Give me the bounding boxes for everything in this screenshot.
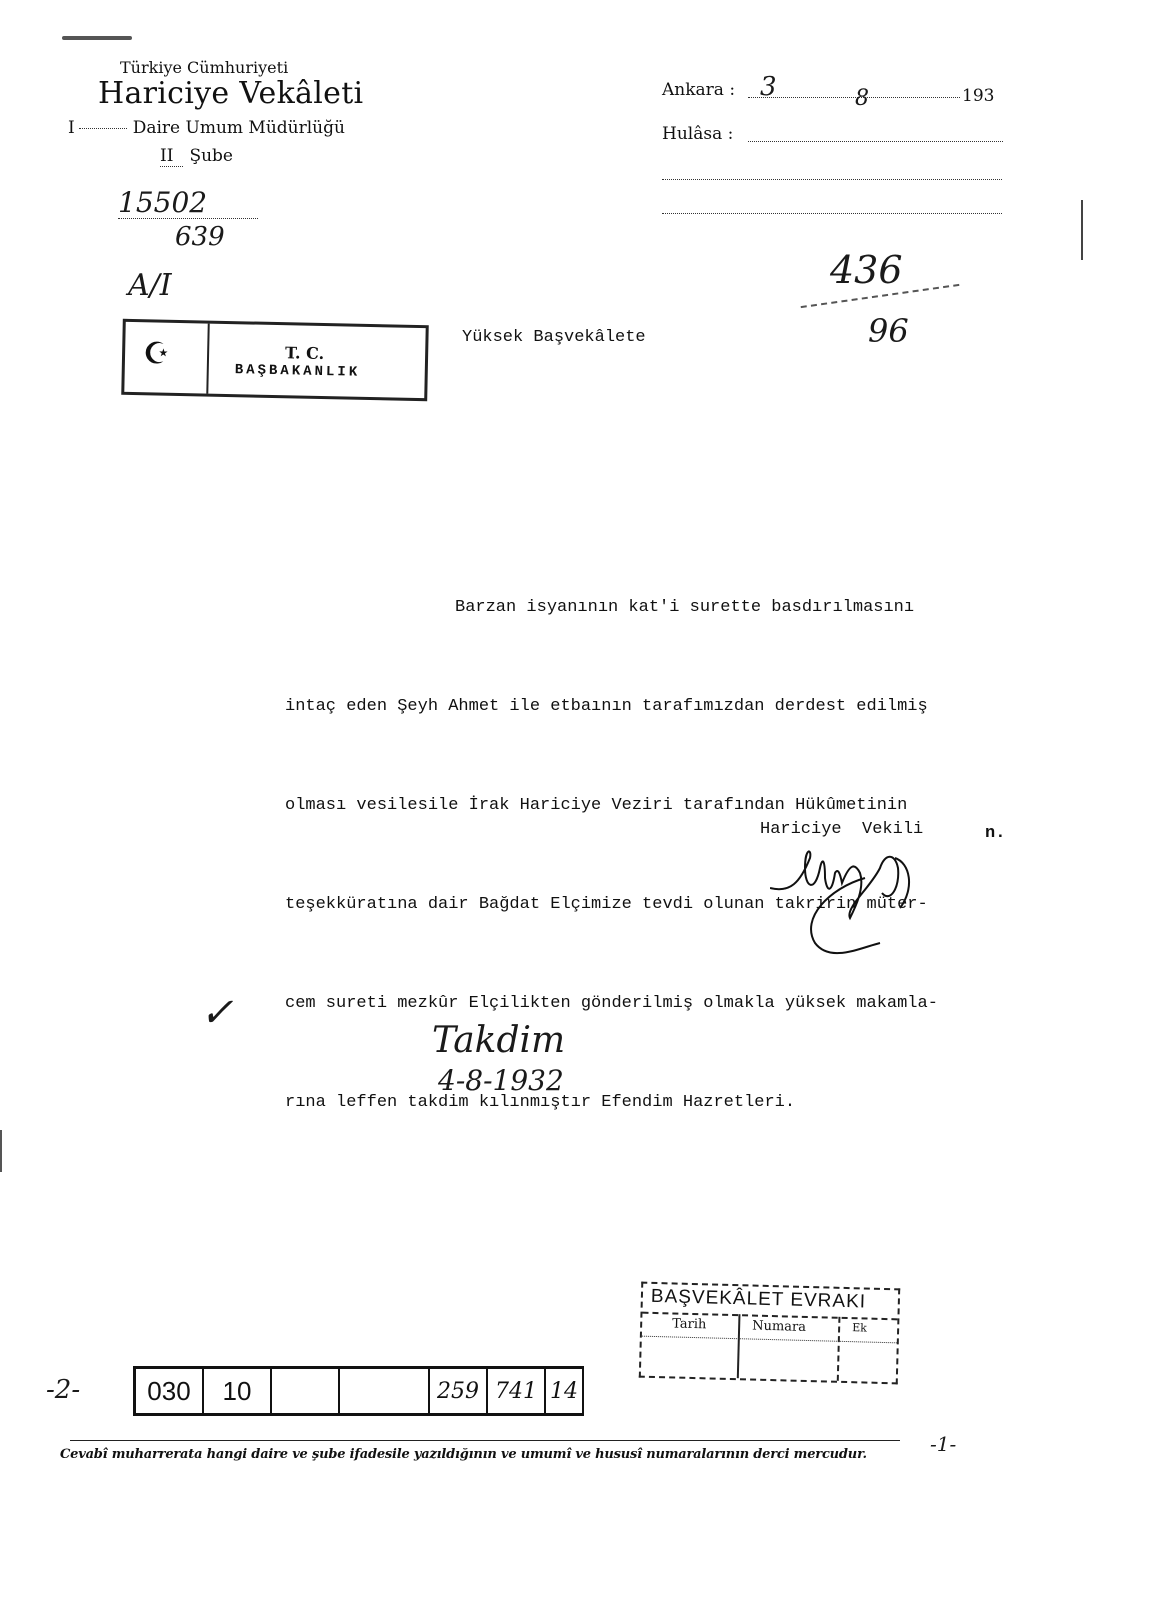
handwritten-annotation: Takdim — [432, 1020, 565, 1061]
handwritten-reference-number-2: 639 — [175, 222, 225, 252]
branch-label: Şube — [189, 146, 233, 166]
letterhead-country: Türkiye Cümhuriyeti — [120, 58, 288, 77]
signature-icon — [770, 848, 970, 978]
letterhead-branch: IIŞube — [160, 146, 233, 166]
department-prefix: I — [68, 118, 75, 138]
body-line: Barzan isyanının kat'i surette basdırılm… — [285, 591, 1045, 624]
stamp-dotted-row — [642, 1336, 897, 1344]
archive-code-cell: 030 — [136, 1369, 204, 1413]
stamp-divider — [206, 324, 209, 394]
hulasa-label: Hulâsa : — [662, 124, 733, 144]
archive-stamp-title: BAŞVEKÂLET EVRAKI — [651, 1286, 867, 1314]
footer-rule — [70, 1440, 900, 1441]
letterhead-department: IDaire Umum Müdürlüğü — [68, 118, 345, 138]
body-line: rına leffen takdim kılınmıştır Efendim H… — [285, 1086, 1045, 1119]
page-mark-left: -2- — [46, 1375, 80, 1405]
hulasa-dotted-line-3 — [662, 212, 1002, 214]
signatory-suffix: n. — [985, 824, 1005, 843]
signatory-title: Hariciye Vekili — [760, 820, 923, 839]
body-line: intaç eden Şeyh Ahmet ile etbaının taraf… — [285, 690, 1045, 723]
crescent-star-icon: ☪ — [143, 336, 171, 372]
dotted-divider — [118, 218, 258, 219]
handwritten-month: 8 — [855, 86, 869, 111]
stamp-column-divider-2 — [837, 1317, 841, 1381]
ankara-label: Ankara : — [662, 80, 735, 100]
receipt-stamp: ☪ T. C. BAŞBAKANLIK — [121, 319, 429, 401]
archive-stamp: BAŞVEKÂLET EVRAKI Tarih Numara Ek — [639, 1282, 900, 1385]
archive-col-number: Numara — [752, 1319, 806, 1335]
year-prefix: 193 — [962, 86, 994, 106]
branch-number: II — [160, 146, 183, 167]
archive-code-cell — [272, 1369, 340, 1413]
archive-code-cell — [340, 1369, 430, 1413]
page-mark-right: -1- — [930, 1432, 956, 1456]
letter-body: Barzan isyanının kat'i surette basdırılm… — [285, 525, 1045, 1152]
hulasa-dotted-line — [748, 140, 1003, 142]
stamp-line-1: T. C. — [285, 343, 324, 363]
archive-code: 030 10 259 741 14 — [133, 1366, 584, 1416]
scan-artifact-line-right — [1081, 200, 1083, 260]
handwritten-mark: A/I — [128, 268, 172, 303]
check-mark-icon: ✓ — [200, 990, 234, 1036]
body-line: olması vesilesile İrak Hariciye Veziri t… — [285, 789, 1045, 822]
footer-note: Cevabî muharrerata hangi daire ve şube i… — [60, 1447, 867, 1462]
hulasa-dotted-line-2 — [662, 178, 1002, 180]
stamp-column-divider — [737, 1314, 741, 1378]
handwritten-margin-number-2: 96 — [868, 312, 909, 350]
letterhead-ministry: Hariciye Vekâleti — [98, 76, 363, 111]
handwritten-margin-number: 436 — [830, 248, 903, 292]
handwritten-day: 3 — [760, 72, 777, 102]
archive-col-date: Tarih — [672, 1316, 707, 1332]
archive-code-cell: 10 — [204, 1369, 272, 1413]
archive-code-cell: 259 — [430, 1369, 488, 1413]
stamp-line-2: BAŞBAKANLIK — [235, 362, 361, 381]
scan-artifact-bar — [62, 36, 132, 40]
date-dotted-line — [748, 96, 960, 98]
handwritten-date: 4-8-1932 — [438, 1064, 564, 1097]
archive-col-attachment: Ek — [852, 1321, 867, 1334]
archive-code-cell: 14 — [546, 1369, 584, 1413]
handwritten-reference-number: 15502 — [118, 186, 207, 219]
department-name: Daire Umum Müdürlüğü — [133, 118, 345, 138]
body-line: cem sureti mezkûr Elçilikten gönderilmiş… — [285, 987, 1045, 1020]
addressee: Yüksek Başvekâlete — [462, 328, 646, 347]
dotted-fill — [79, 128, 127, 129]
archive-code-cell: 741 — [488, 1369, 546, 1413]
scan-artifact-line-left — [0, 1130, 2, 1172]
